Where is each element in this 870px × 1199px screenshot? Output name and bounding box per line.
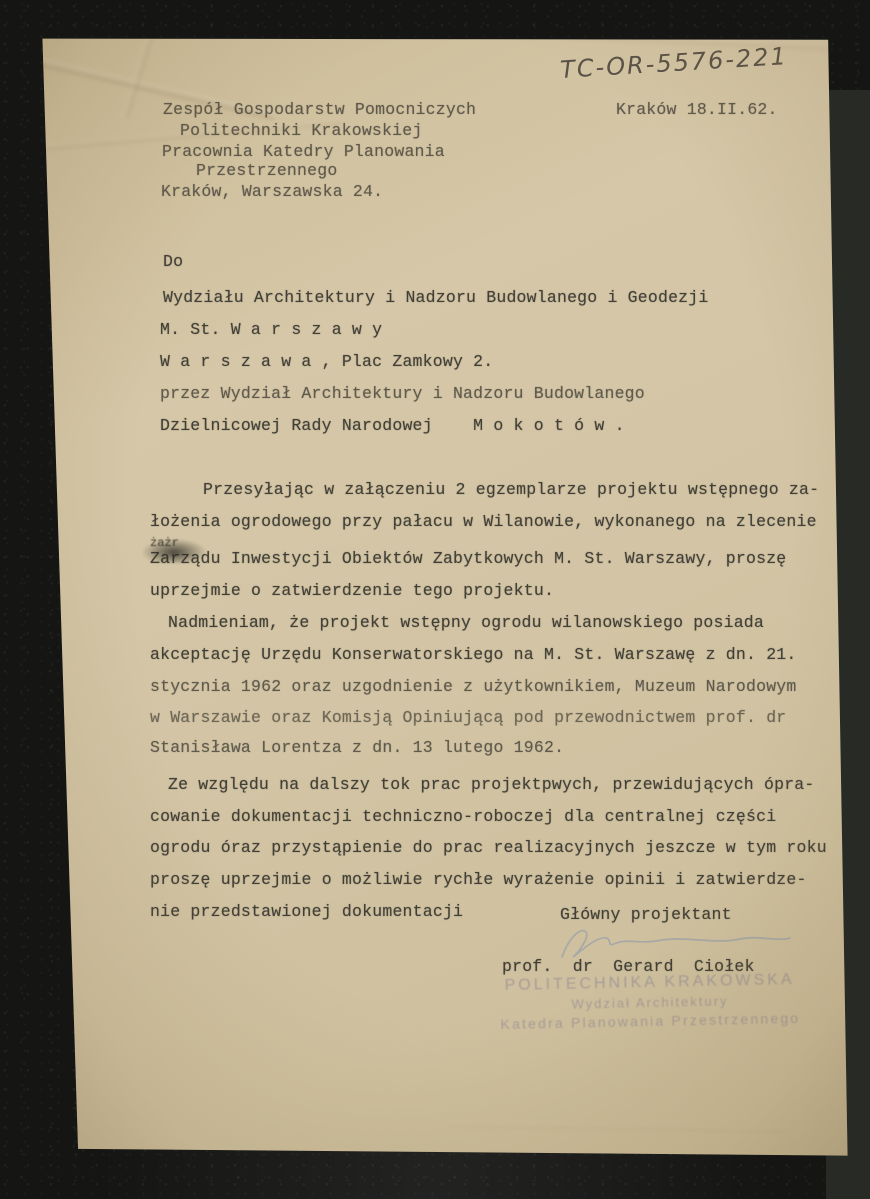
sender-line: Kraków, Warszawska 24. [161,182,383,202]
sender-line: Zespół Gospodarstw Pomocniczych [163,100,476,120]
body-line: łożenia ogrodowego przy pałacu w Wilanow… [150,512,817,532]
body-line: proszę uprzejmie o możliwie rychłe wyraż… [150,870,807,890]
recipient-line: Dzielnicowej Rady Narodowej M o k o t ó … [160,416,625,436]
body-line: Zarządu Inwestycji Obiektów Zabytkowych … [150,549,786,569]
overtyped-correction: żażr [150,536,179,550]
recipient-line: Wydziału Architektury i Nadzoru Budowlan… [163,288,709,308]
recipient-line: W a r s z a w a , Plac Zamkowy 2. [160,352,493,372]
scanned-letter-page: TC-OR-5576-221 Zespół Gospodarstw Pomocn… [0,0,870,1199]
sender-line: Politechniki Krakowskiej [180,121,422,141]
letter-document: TC-OR-5576-221 Zespół Gospodarstw Pomocn… [40,33,850,1159]
body-line: Nadmieniam, że projekt wstępny ogrodu wi… [168,613,764,633]
body-line: uprzejmie o zatwierdzenie tego projektu. [150,581,554,601]
body-line: stycznia 1962 oraz uzgodnienie z użytkow… [150,677,797,697]
stamp-line: Katedra Planowania Przestrzennego [470,1009,830,1033]
recipient-salutation: Do [163,252,183,272]
institution-stamp: POLITECHNIKA KRAKOWSKA Wydział Architekt… [469,970,830,1033]
paper-crease [450,1123,790,1132]
body-line: Ze względu na dalszy tok prac projektpwy… [168,775,815,795]
body-line: ogrodu óraz przystąpienie do prac realiz… [150,838,827,858]
sender-line: Przestrzennego [196,161,337,181]
paper-crease [122,26,156,119]
recipient-line: M. St. W a r s z a w y [160,320,382,340]
body-line: Przesyłając w załączeniu 2 egzemplarze p… [203,480,819,500]
body-line: akceptację Urzędu Konserwatorskiego na M… [150,645,797,665]
body-line: w Warszawie oraz Komisją Opiniującą pod … [150,708,786,728]
body-line: cowanie dokumentacji techniczno-roboczej… [150,807,776,827]
sender-line: Pracownia Katedry Planowania [162,142,445,162]
recipient-line: przez Wydział Architektury i Nadzoru Bud… [160,384,645,404]
body-line: nie przedstawionej dokumentacji [150,902,463,922]
closing-role: Główny projektant [560,905,732,925]
handwritten-reference-number: TC-OR-5576-221 [559,42,788,84]
body-line: Stanisława Lorentza z dn. 13 lutego 1962… [150,738,564,758]
date-line: Kraków 18.II.62. [616,100,778,120]
